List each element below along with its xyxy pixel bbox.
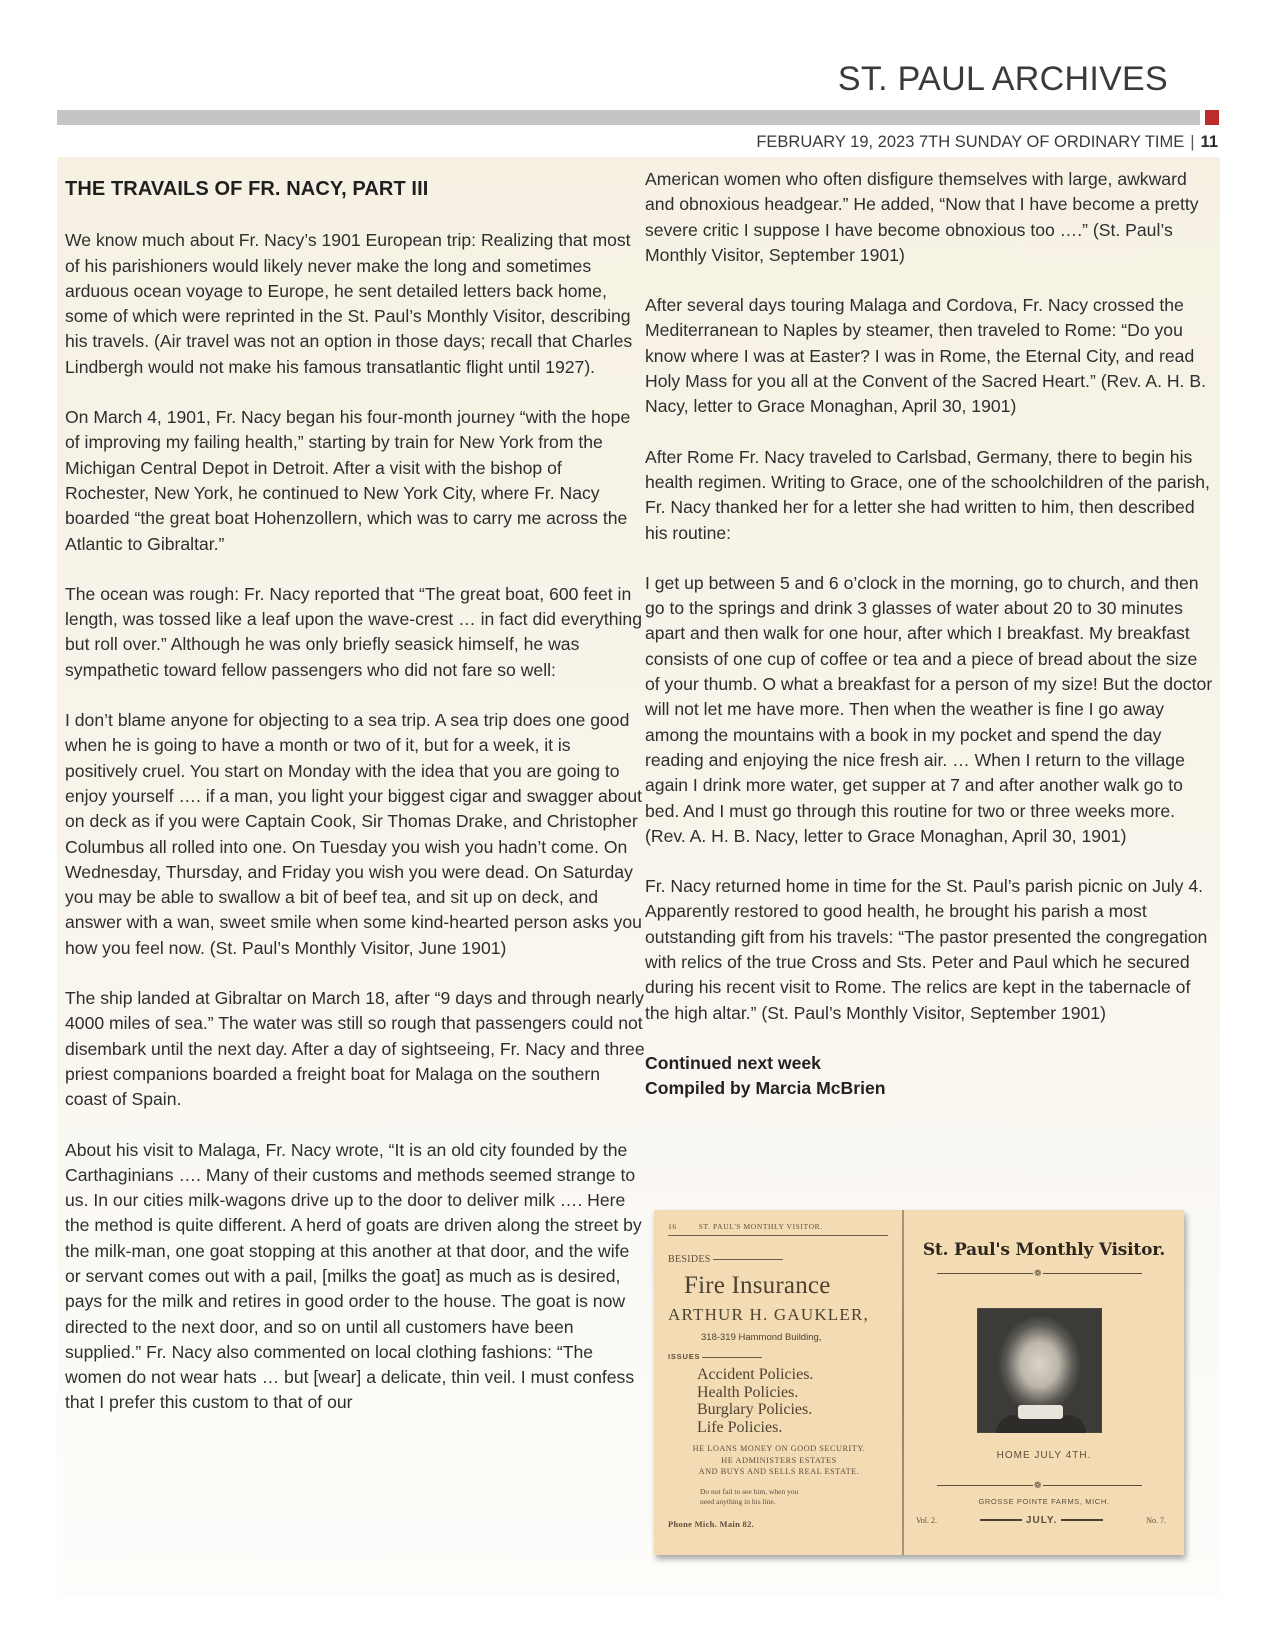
article-panel: THE TRAVAILS OF FR. NACY, PART III We kn…	[57, 157, 1220, 1597]
paragraph: On March 4, 1901, Fr. Nacy began his fou…	[65, 405, 645, 557]
scan-month: JULY.	[976, 1515, 1107, 1526]
magazine-scan-image: 16 ST. PAUL'S MONTHLY VISITOR. BESIDES F…	[654, 1210, 1184, 1555]
scan-footer: Vol. 2. JULY. No. 7.	[916, 1515, 1166, 1526]
scan-issues: ISSUES	[668, 1352, 762, 1361]
ornament-icon: ❁	[1033, 1480, 1043, 1490]
ornament-icon: ❁	[1033, 1268, 1043, 1278]
scan-running-head: 16 ST. PAUL'S MONTHLY VISITOR.	[668, 1222, 888, 1236]
scan-besides: BESIDES	[668, 1254, 783, 1265]
scan-policy-list: Accident Policies. Health Policies. Burg…	[697, 1366, 813, 1436]
paragraph: Fr. Nacy returned home in time for the S…	[645, 874, 1215, 1026]
scan-left-page: 16 ST. PAUL'S MONTHLY VISITOR. BESIDES F…	[654, 1210, 902, 1555]
paragraph: After several days touring Malaga and Co…	[645, 293, 1215, 419]
scan-loans: HE LOANS MONEY ON GOOD SECURITY. HE ADMI…	[666, 1443, 892, 1478]
scan-agent-name: ARTHUR H. GAUKLER,	[668, 1305, 869, 1325]
scan-volume: Vol. 2.	[916, 1516, 937, 1525]
scan-policy: Burglary Policies.	[697, 1401, 813, 1419]
portrait-collar	[1018, 1405, 1063, 1419]
paragraph: We know much about Fr. Nacy’s 1901 Europ…	[65, 228, 645, 380]
scan-magazine-title: St. Paul's Monthly Visitor.	[904, 1240, 1184, 1260]
scan-right-page: St. Paul's Monthly Visitor. ❁ HOME JULY …	[904, 1210, 1184, 1555]
paragraph: After Rome Fr. Nacy traveled to Carlsbad…	[645, 445, 1215, 546]
scan-running-title: ST. PAUL'S MONTHLY VISITOR.	[699, 1222, 823, 1231]
priest-portrait-photo	[977, 1308, 1102, 1433]
scan-note-line: Do not fail to see him, when you	[700, 1487, 798, 1497]
scan-page-number: 16	[668, 1222, 677, 1231]
right-column: American women who often disfigure thems…	[645, 157, 1215, 1102]
publication-title: ST. PAUL ARCHIVES	[838, 60, 1168, 99]
scan-place: GROSSE POINTE FARMS, MICH.	[904, 1497, 1184, 1506]
paragraph: About his visit to Malaga, Fr. Nacy wrot…	[65, 1138, 645, 1416]
dateline: FEBRUARY 19, 2023 7TH SUNDAY OF ORDINARY…	[756, 133, 1218, 152]
scan-note: Do not fail to see him, when you need an…	[700, 1487, 798, 1506]
separator: |	[1190, 133, 1194, 151]
scan-issue-number: No. 7.	[1146, 1516, 1166, 1525]
scan-loans-line: HE ADMINISTERS ESTATES	[666, 1455, 892, 1467]
block-quote: I get up between 5 and 6 o’clock in the …	[645, 571, 1215, 849]
scan-policy: Health Policies.	[697, 1384, 813, 1402]
scan-address: 318-319 Hammond Building,	[701, 1332, 821, 1343]
scan-note-line: need anything in his line.	[700, 1497, 798, 1507]
paragraph: The ocean was rough: Fr. Nacy reported t…	[65, 582, 645, 683]
page-number: 11	[1201, 133, 1218, 151]
scan-divider: ❁	[937, 1273, 1142, 1274]
paragraph: The ship landed at Gibraltar on March 18…	[65, 986, 645, 1112]
paragraph: American women who often disfigure thems…	[645, 167, 1215, 268]
scan-loans-line: AND BUYS AND SELLS REAL ESTATE.	[666, 1466, 892, 1478]
header-rule	[57, 110, 1200, 125]
scan-loans-line: HE LOANS MONEY ON GOOD SECURITY.	[666, 1443, 892, 1455]
scan-phone: Phone Mich. Main 82.	[668, 1519, 754, 1529]
article-title: THE TRAVAILS OF FR. NACY, PART III	[65, 177, 645, 202]
scan-headline: Fire Insurance	[684, 1272, 831, 1300]
accent-square	[1205, 110, 1219, 125]
scan-divider: ❁	[937, 1485, 1142, 1486]
continued-note: Continued next week	[645, 1051, 1215, 1076]
left-column: THE TRAVAILS OF FR. NACY, PART III We kn…	[65, 157, 645, 1441]
scan-caption: HOME JULY 4TH.	[904, 1450, 1184, 1461]
block-quote: I don’t blame anyone for objecting to a …	[65, 708, 645, 961]
date-text: FEBRUARY 19, 2023 7TH SUNDAY OF ORDINARY…	[756, 133, 1184, 151]
compiled-by: Compiled by Marcia McBrien	[645, 1076, 1215, 1101]
scan-policy: Accident Policies.	[697, 1366, 813, 1384]
scan-policy: Life Policies.	[697, 1419, 813, 1437]
